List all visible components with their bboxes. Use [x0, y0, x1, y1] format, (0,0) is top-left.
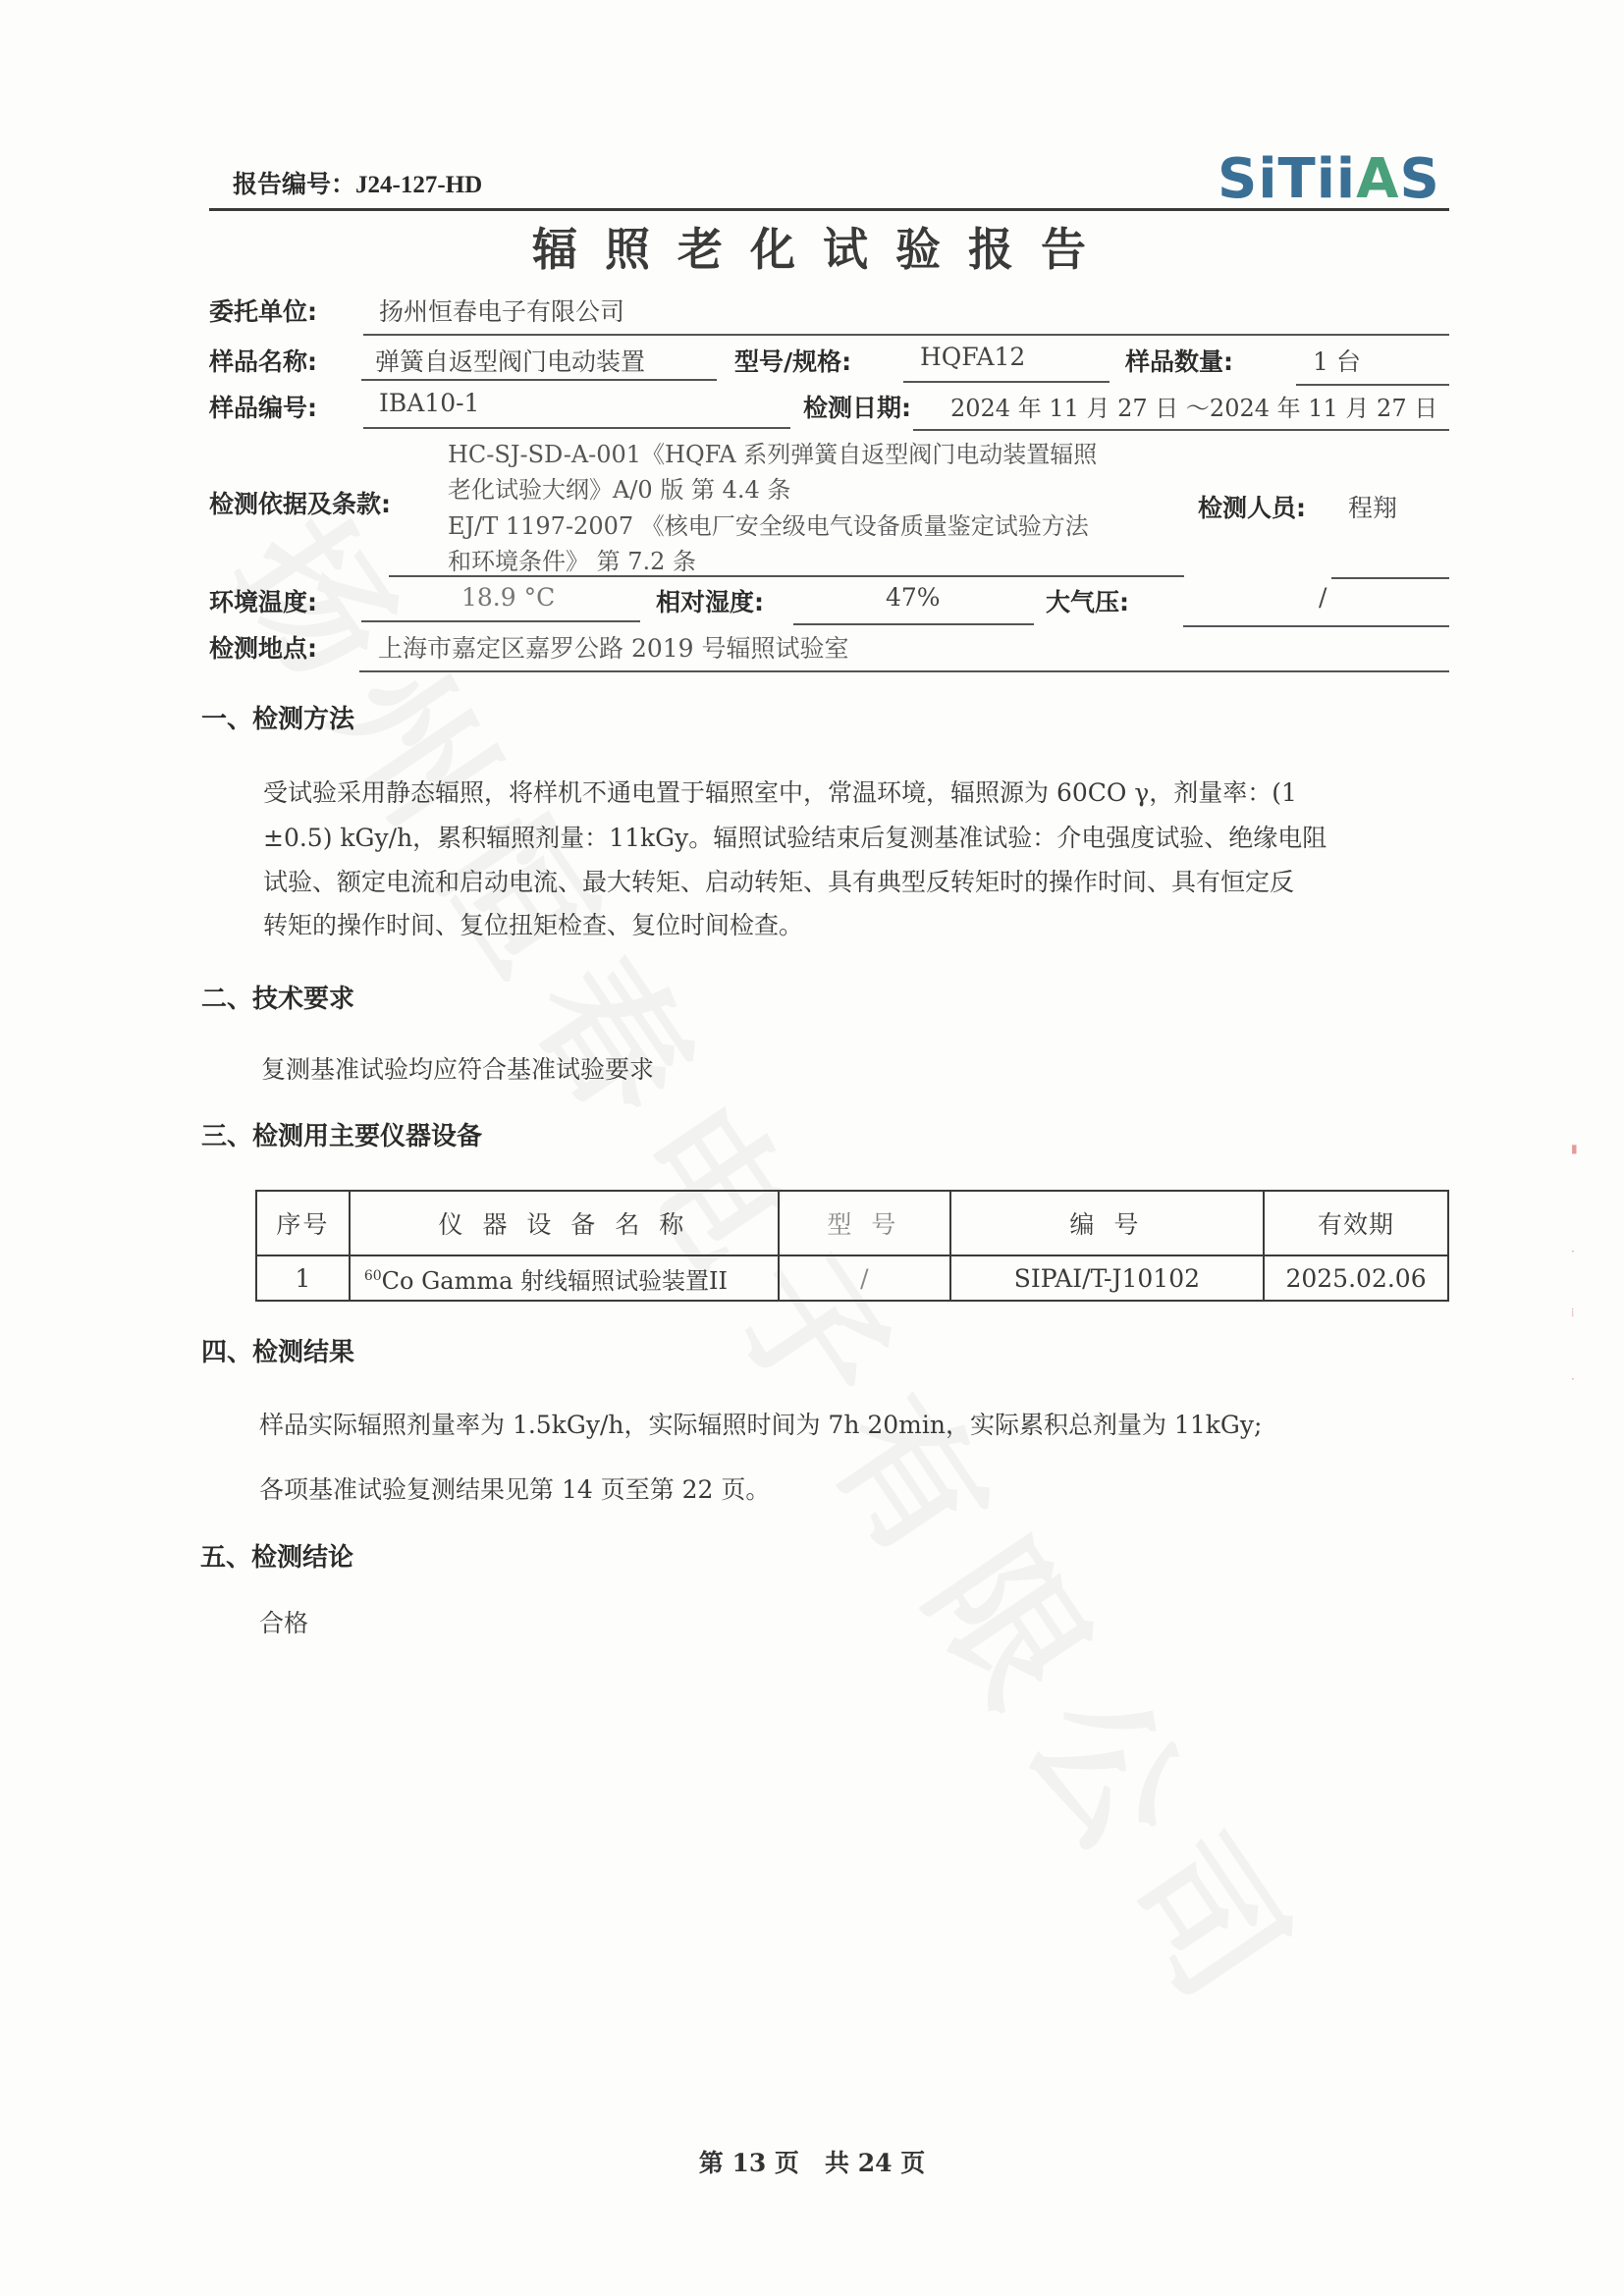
section-heading-requirements: 二、技术要求	[201, 979, 354, 1015]
seal-fragment: ·	[1571, 1372, 1585, 1386]
results-line: 各项基准试验复测结果见第 14 页至第 22 页。	[259, 1470, 770, 1506]
cell-valid: 2025.02.06	[1264, 1255, 1448, 1301]
report-number: 报告编号：J24-127-HD	[233, 165, 482, 200]
conclusion-text: 合格	[259, 1604, 308, 1639]
tester-underline	[1331, 577, 1449, 579]
quantity-value: 1 台	[1313, 343, 1361, 378]
tester-label: 检测人员:	[1198, 489, 1306, 524]
requirements-text: 复测基准试验均应符合基准试验要求	[261, 1050, 654, 1086]
column-header: 有效期	[1264, 1191, 1448, 1255]
humidity-label: 相对湿度:	[656, 583, 764, 618]
page-title: 辐 照 老 化 试 验 报 告	[0, 214, 1624, 279]
client-label: 委托单位:	[209, 293, 317, 328]
temperature-value: 18.9 °C	[461, 583, 555, 612]
basis-underline	[389, 575, 1184, 577]
basis-line: 老化试验大纲》A/0 版 第 4.4 条	[448, 470, 790, 505]
column-header: 编 号	[950, 1191, 1264, 1255]
temperature-underline	[361, 620, 640, 622]
method-line: 试验、额定电流和启动电流、最大转矩、启动转矩、具有典型反转矩时的操作时间、具有恒…	[263, 863, 1294, 898]
cell-code: SIPAI/T-J10102	[950, 1255, 1264, 1301]
client-value: 扬州恒春电子有限公司	[379, 293, 624, 328]
report-number-value: J24-127-HD	[355, 172, 482, 198]
client-underline	[363, 334, 1449, 336]
basis-line: 和环境条件》 第 7.2 条	[448, 542, 696, 576]
results-line: 样品实际辐照剂量率为 1.5kGy/h，实际辐照时间为 7h 20min，实际累…	[259, 1406, 1262, 1441]
cell-model: /	[779, 1255, 950, 1301]
sample-name-underline	[361, 379, 717, 381]
test-date-underline	[913, 429, 1449, 431]
sample-name-label: 样品名称:	[209, 343, 317, 378]
seal-fragment: ▮	[1571, 1142, 1585, 1155]
pressure-label: 大气压:	[1046, 583, 1129, 618]
sample-no-underline	[363, 427, 790, 429]
column-header: 序号	[256, 1191, 350, 1255]
seal-fragment: ·	[1571, 1245, 1585, 1258]
sample-no-label: 样品编号:	[209, 389, 317, 424]
report-number-label: 报告编号：	[233, 170, 355, 198]
model-label: 型号/规格:	[734, 343, 851, 378]
method-line: 受试验采用静态辐照，将样机不通电置于辐照室中，常温环境，辐照源为 60CO γ，…	[263, 774, 1297, 809]
cell-name: 60Co Gamma 射线辐照试验装置II	[350, 1255, 779, 1301]
section-heading-conclusion: 五、检测结论	[200, 1537, 353, 1574]
basis-label: 检测依据及条款:	[209, 485, 391, 520]
model-underline	[903, 381, 1110, 383]
column-header: 型 号	[779, 1191, 950, 1255]
location-value: 上海市嘉定区嘉罗公路 2019 号辐照试验室	[378, 629, 849, 665]
location-label: 检测地点:	[209, 629, 317, 665]
table-row: 1 60Co Gamma 射线辐照试验装置II / SIPAI/T-J10102…	[256, 1255, 1448, 1301]
basis-line: EJ/T 1197-2007 《核电厂安全级电气设备质量鉴定试验方法	[448, 507, 1089, 541]
header-rule	[209, 208, 1449, 211]
pressure-underline	[1183, 625, 1449, 627]
method-line: 转矩的操作时间、复位扭矩检查、复位时间检查。	[263, 906, 803, 941]
table-header-row: 序号 仪 器 设 备 名 称 型 号 编 号 有效期	[256, 1191, 1448, 1255]
section-heading-method: 一、检测方法	[201, 699, 354, 735]
equipment-table: 序号 仪 器 设 备 名 称 型 号 编 号 有效期 1 60Co Gamma …	[255, 1190, 1449, 1302]
temperature-label: 环境温度:	[209, 583, 317, 618]
model-value: HQFA12	[920, 343, 1025, 371]
section-heading-results: 四、检测结果	[201, 1332, 354, 1368]
sample-name-value: 弹簧自返型阀门电动装置	[375, 343, 645, 378]
method-line: ±0.5) kGy/h，累积辐照剂量：11kGy。辐照试验结束后复测基准试验：介…	[263, 819, 1326, 854]
tester-value: 程翔	[1348, 489, 1397, 524]
test-date-value: 2024 年 11 月 27 日 ～2024 年 11 月 27 日	[950, 389, 1437, 423]
section-heading-equipment: 三、检测用主要仪器设备	[201, 1116, 482, 1152]
humidity-value: 47%	[886, 583, 941, 612]
cell-no: 1	[256, 1255, 350, 1301]
pressure-value: /	[1319, 583, 1326, 612]
seal-fragment: ⁞	[1571, 1306, 1585, 1320]
humidity-underline	[793, 623, 1034, 625]
sitiias-logo: SiTiiAS	[1218, 147, 1440, 211]
test-date-label: 检测日期:	[803, 389, 911, 424]
page-number: 第 13 页 共 24 页	[0, 2144, 1624, 2179]
sample-no-value: IBA10-1	[379, 389, 479, 417]
column-header: 仪 器 设 备 名 称	[350, 1191, 779, 1255]
location-underline	[359, 670, 1449, 672]
quantity-underline	[1296, 384, 1449, 386]
quantity-label: 样品数量:	[1125, 343, 1233, 378]
basis-line: HC-SJ-SD-A-001《HQFA 系列弹簧自返型阀门电动装置辐照	[448, 435, 1097, 469]
